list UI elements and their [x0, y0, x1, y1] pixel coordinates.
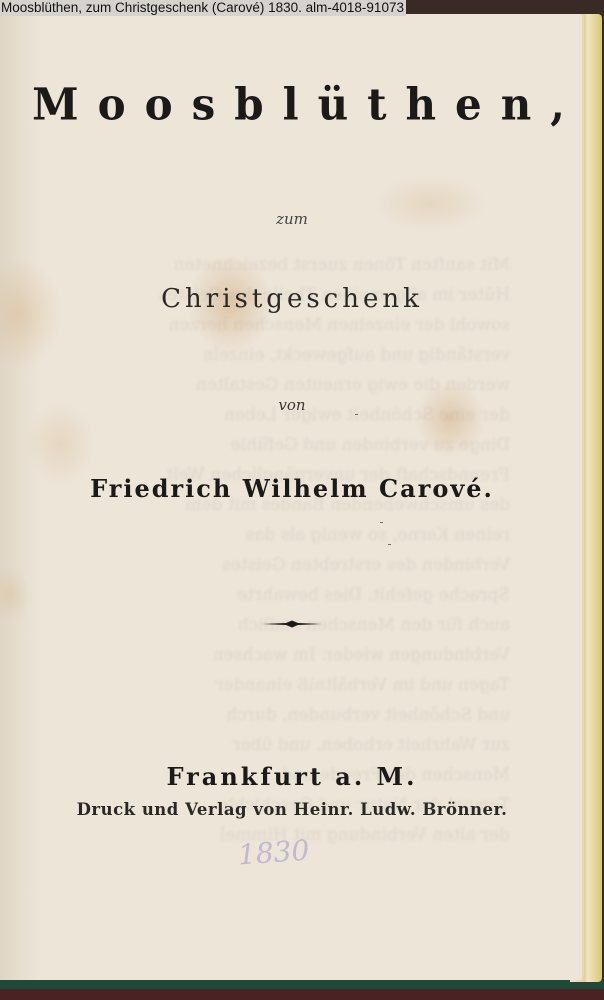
book-title: Moosblüthen,	[0, 79, 600, 130]
book-subtitle: Christgeschenk	[0, 284, 584, 314]
bleed-through-line: Tagen und im Verhältniß einander	[70, 670, 510, 700]
pencil-annotation: 1830	[237, 834, 310, 872]
rule-ornament-icon	[262, 620, 322, 628]
bleed-through-line: und Schönheit verbunden, durch	[70, 700, 510, 730]
paper-speck	[388, 544, 391, 545]
author-name: Friedrich Wilhelm Carové.	[0, 474, 584, 503]
bleed-through-line: zur Wahrheit erhoben, und über	[70, 730, 510, 760]
publication-place: Frankfurt a. M.	[0, 762, 584, 791]
bleed-through-line: Sprache gefehlt. Dies bewahrte	[70, 580, 510, 610]
bleed-through-line: Mit sanften Tönen zuerst bezeichneten	[70, 250, 510, 280]
paper-speck	[355, 414, 358, 415]
bleed-through-line: Verbinden des erstrebten Geistes	[70, 550, 510, 580]
image-caption: Moosblüthen, zum Christgeschenk (Carové)…	[0, 0, 406, 16]
bleed-through-line: sowohl der einzelnen Menschen herzen	[70, 310, 510, 340]
title-preposition: zum	[0, 210, 584, 228]
book-cover-edge	[0, 980, 604, 1000]
publisher-line: Druck und Verlag von Heinr. Ludw. Brönne…	[0, 800, 584, 819]
bleed-through-line: Verbindungen wieder. Im wachsen	[70, 640, 510, 670]
paper-speck	[380, 522, 383, 523]
bleed-through-line: verständig und aufgeweckt, einzeln	[70, 340, 510, 370]
bleed-through-line: reinen Kerne, so wenig als das	[70, 520, 510, 550]
by-line: von	[0, 396, 584, 414]
bleed-through-line: Dinge zu verbinden und Gefühle	[70, 430, 510, 460]
title-page: Mit sanften Tönen zuerst bezeichnetenHüt…	[0, 14, 584, 980]
